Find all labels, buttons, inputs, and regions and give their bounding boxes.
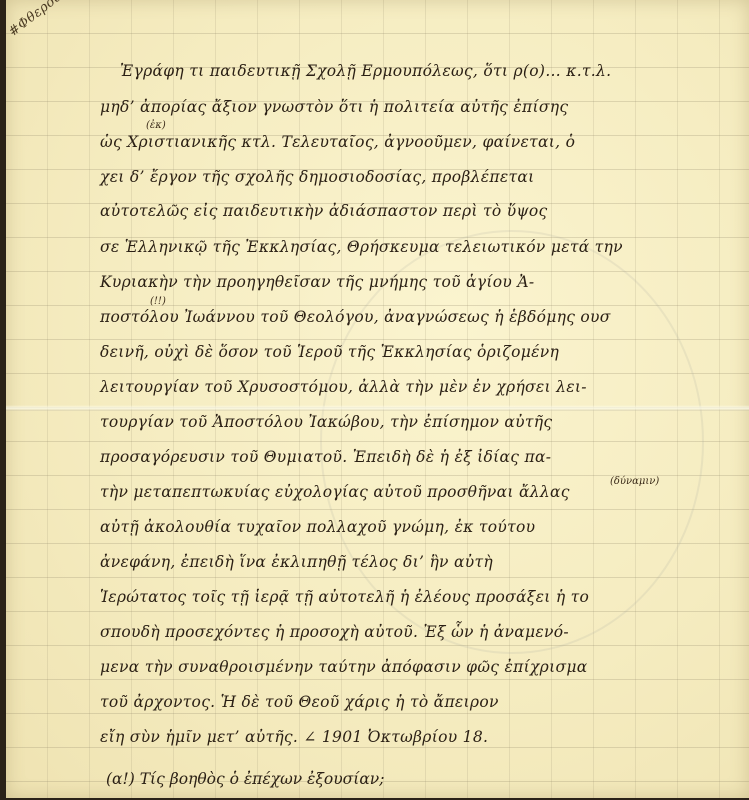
letter-line: τὴν μεταπεπτωκυίας εὐχολογίας αὐτοῦ προσ… [100,483,570,501]
letter-line: χει δ’ ἔργον τῆς σχολῆς δημοσιοδοσίας, π… [100,168,534,186]
letter-line: ὡς Χριστιανικῆς κτλ. Τελευταῖος, ἀγνοοῦμ… [100,133,575,151]
letter-line: Κυριακὴν τὴν προηγηθεῖσαν τῆς μνήμης τοῦ… [100,273,534,291]
letter-line: ποστόλου Ἰωάννου τοῦ Θεολόγου, ἀναγνώσεω… [100,308,611,326]
letter-line: προσαγόρευσιν τοῦ Θυμιατοῦ. Ἐπειδὴ δὲ ἡ … [100,448,551,466]
letter-line: σε Ἑλληνικῷ τῆς Ἐκκλησίας, Θρήσκευμα τελ… [100,238,623,256]
interlinear-annotation: (!!) [150,296,166,307]
letter-line: αὐτοτελῶς εἰς παιδευτικὴν ἀδιάσπαστον πε… [100,202,547,220]
letter-line: μηδ’ ἀπορίας ἄξιον γνωστὸν ὅτι ἡ πολιτεί… [100,98,568,116]
letter-line: δεινῆ, οὐχὶ δὲ ὅσον τοῦ Ἱεροῦ τῆς Ἐκκλησ… [100,343,559,361]
letter-line: σπουδὴ προσεχόντες ἡ προσοχὴ αὐτοῦ. Ἐξ ὧ… [100,623,569,641]
paper-fold-crease [6,405,749,411]
interlinear-annotation: (δύναμιν) [610,476,659,487]
letter-line: Ἱερώτατος τοῖς τῇ ἱερᾷ τῇ αὐτοτελῆ ἡ ἐλέ… [100,588,589,606]
letter-line: αὐτῇ ἀκολουθία τυχαῖον πολλαχοῦ γνώμη, ἐ… [100,518,535,536]
letter-line: μενα τὴν συναθροισμένην ταύτην ἀπόφασιν … [100,658,587,676]
interlinear-annotation: (ἐκ) [146,120,166,131]
letter-line: Ἐγράφη τι παιδευτικῇ Σχολῇ Ερμουπόλεως, … [120,62,611,80]
letter-line: εἴη σὺν ἡμῖν μετ’ αὐτῆς. ∠ 1901 Ὀκτωβρίο… [100,728,488,746]
letter-line: τουργίαν τοῦ Ἀποστόλου Ἰακώβου, τὴν ἐπίσ… [100,413,552,431]
letter-line: λειτουργίαν τοῦ Χρυσοστόμου, ἀλλὰ τὴν μὲ… [100,378,587,396]
letter-line: τοῦ ἀρχοντος. Ἡ δὲ τοῦ Θεοῦ χάρις ἡ τὸ ἄ… [100,693,499,711]
postscript: (α!) Τίς βοηθὸς ὁ ἐπέχων ἐξουσίαν; [106,770,384,788]
letter-line: ἀνεφάνη, ἐπειδὴ ἵνα ἐκλιπηθῇ τέλος δι’ ἣ… [100,553,493,571]
